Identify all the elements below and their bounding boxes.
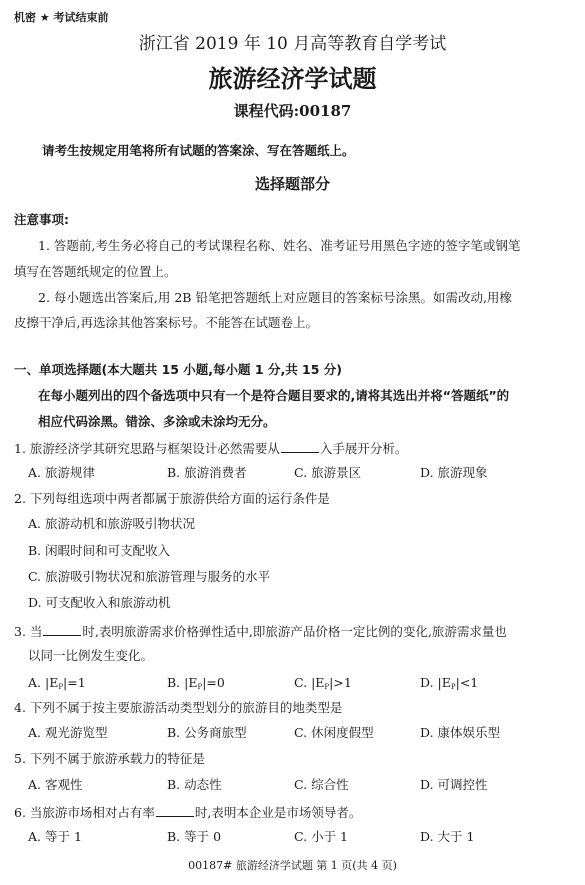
- question-1-option-d: D. 旅游现象: [420, 467, 488, 480]
- question-5-option-b: B. 动态性: [167, 779, 222, 792]
- question-3-option-a: A. |EP|=1: [28, 677, 86, 691]
- question-1-stem-before: 1. 旅游经济学其研究思路与框架设计必然需要从: [14, 441, 280, 456]
- confidential-label: 机密 ★ 考试结束前: [14, 12, 109, 23]
- question-6-option-c: C. 小于 1: [294, 831, 348, 844]
- question-6-stem-after: 时,表明本企业是市场领导者。: [195, 805, 361, 820]
- option-var: E: [49, 675, 58, 690]
- exam-title: 浙江省 2019 年 10 月高等教育自学考试: [0, 36, 585, 53]
- option-label: A.: [28, 675, 41, 690]
- answer-blank: [43, 624, 81, 636]
- note-1-line-2: 填写在答题纸规定的位置上。: [14, 266, 177, 279]
- option-sub: P: [197, 683, 202, 691]
- question-4-option-d: D. 康体娱乐型: [420, 727, 500, 740]
- notes-heading: 注意事项:: [14, 214, 69, 227]
- subject-title: 旅游经济学试题: [0, 67, 585, 91]
- question-6-stem: 6. 当旅游市场相对占有率时,表明本企业是市场领导者。: [14, 805, 361, 820]
- option-var: E: [442, 675, 451, 690]
- option-sub: P: [58, 683, 63, 691]
- option-label: D.: [420, 675, 434, 690]
- instruction-text: 请考生按规定用笔将所有试题的答案涂、写在答题纸上。: [42, 145, 355, 158]
- question-6-option-d: D. 大于 1: [420, 831, 474, 844]
- question-3-option-d: D. |EP|<1: [420, 677, 478, 691]
- question-6-option-a: A. 等于 1: [28, 831, 82, 844]
- option-rel: <1: [460, 675, 478, 690]
- question-3-stem-line-2: 以同一比例发生变化。: [28, 650, 153, 663]
- question-1-option-c: C. 旅游景区: [294, 467, 361, 480]
- question-3-option-c: C. |EP|>1: [294, 677, 352, 691]
- question-3-option-b: B. |EP|=0: [167, 677, 225, 691]
- part1-desc-line-2: 相应代码涂黑。错涂、多涂或未涂均无分。: [38, 416, 276, 429]
- question-4-option-a: A. 观光游览型: [28, 727, 107, 740]
- question-5-stem: 5. 下列不属于旅游承载力的特征是: [14, 753, 205, 766]
- question-2-option-a: A. 旅游动机和旅游吸引物状况: [28, 518, 195, 531]
- question-4-stem: 4. 下列不属于按主要旅游活动类型划分的旅游目的地类型是: [14, 702, 342, 715]
- note-2-line-1: 2. 每小题选出答案后,用 2B 铅笔把答题纸上对应题目的答案标号涂黑。如需改动…: [38, 292, 512, 305]
- question-3-stem: 3. 当时,表明旅游需求价格弹性适中,即旅游产品价格一定比例的变化,旅游需求量也: [14, 624, 507, 639]
- question-6-stem-before: 6. 当旅游市场相对占有率: [14, 805, 155, 820]
- part1-desc-line-1: 在每小题列出的四个备选项中只有一个是符合题目要求的,请将其选出并将“答题纸”的: [38, 390, 509, 403]
- question-1-option-b: B. 旅游消费者: [167, 467, 247, 480]
- option-rel: =0: [206, 675, 224, 690]
- answer-blank: [281, 441, 319, 453]
- question-5-option-c: C. 综合性: [294, 779, 349, 792]
- question-2-stem: 2. 下列每组选项中两者都属于旅游供给方面的运行条件是: [14, 493, 330, 506]
- section-title: 选择题部分: [0, 177, 585, 192]
- page-footer: 00187# 旅游经济学试题 第 1 页(共 4 页): [0, 860, 585, 871]
- question-3-stem-after: 时,表明旅游需求价格弹性适中,即旅游产品价格一定比例的变化,旅游需求量也: [82, 624, 506, 639]
- answer-blank: [156, 805, 194, 817]
- question-4-option-b: B. 公务商旅型: [167, 727, 247, 740]
- question-3-stem-before: 3. 当: [14, 624, 42, 639]
- question-2-option-c: C. 旅游吸引物状况和旅游管理与服务的水平: [28, 571, 270, 584]
- question-2-option-d: D. 可支配收入和旅游动机: [28, 597, 171, 610]
- question-1-option-a: A. 旅游规律: [28, 467, 95, 480]
- question-2-option-b: B. 闲暇时间和可支配收入: [28, 545, 170, 558]
- option-label: C.: [294, 675, 307, 690]
- option-label: B.: [167, 675, 180, 690]
- question-4-option-c: C. 休闲度假型: [294, 727, 374, 740]
- question-6-option-b: B. 等于 0: [167, 831, 221, 844]
- question-1-stem: 1. 旅游经济学其研究思路与框架设计必然需要从入手展开分析。: [14, 441, 407, 456]
- note-2-line-2: 皮擦干净后,再选涂其他答案标号。不能答在试题卷上。: [14, 317, 318, 330]
- question-5-option-a: A. 客观性: [28, 779, 82, 792]
- course-code: 课程代码:00187: [0, 104, 585, 119]
- option-rel: =1: [67, 675, 85, 690]
- note-1-line-1: 1. 答题前,考生务必将自己的考试课程名称、姓名、准考证号用黑色字迹的签字笔或钢…: [38, 240, 520, 253]
- option-sub: P: [324, 683, 329, 691]
- option-rel: >1: [333, 675, 351, 690]
- part1-heading: 一、单项选择题(本大题共 15 小题,每小题 1 分,共 15 分): [14, 364, 342, 377]
- question-1-stem-after: 入手展开分析。: [320, 441, 408, 456]
- question-5-option-d: D. 可调控性: [420, 779, 488, 792]
- option-sub: P: [451, 683, 456, 691]
